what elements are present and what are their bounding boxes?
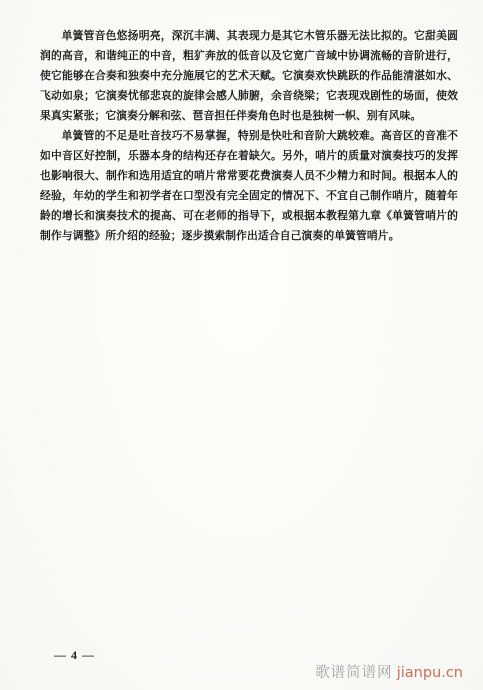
paragraph-clarinet-drawbacks: 单簧管的不足是吐音技巧不易掌握，特别是快吐和音阶大跳较难。高音区的音准不如中音区…: [40, 126, 458, 246]
watermark-site-name: 歌谱简谱网: [315, 665, 393, 681]
body-text: 单簧管音色悠扬明亮，深沉丰满、其表现力是其它木管乐器无法比拟的。它甜美圆润的高音…: [40, 26, 458, 246]
page-number: — 4 —: [54, 648, 95, 663]
scanned-book-page: 单簧管音色悠扬明亮，深沉丰满、其表现力是其它木管乐器无法比拟的。它甜美圆润的高音…: [0, 0, 483, 690]
site-watermark: 歌谱简谱网jianpu.cn: [315, 661, 463, 682]
paragraph-clarinet-tone: 单簧管音色悠扬明亮，深沉丰满、其表现力是其它木管乐器无法比拟的。它甜美圆润的高音…: [40, 26, 458, 126]
watermark-site-url: jianpu.cn: [397, 665, 463, 681]
